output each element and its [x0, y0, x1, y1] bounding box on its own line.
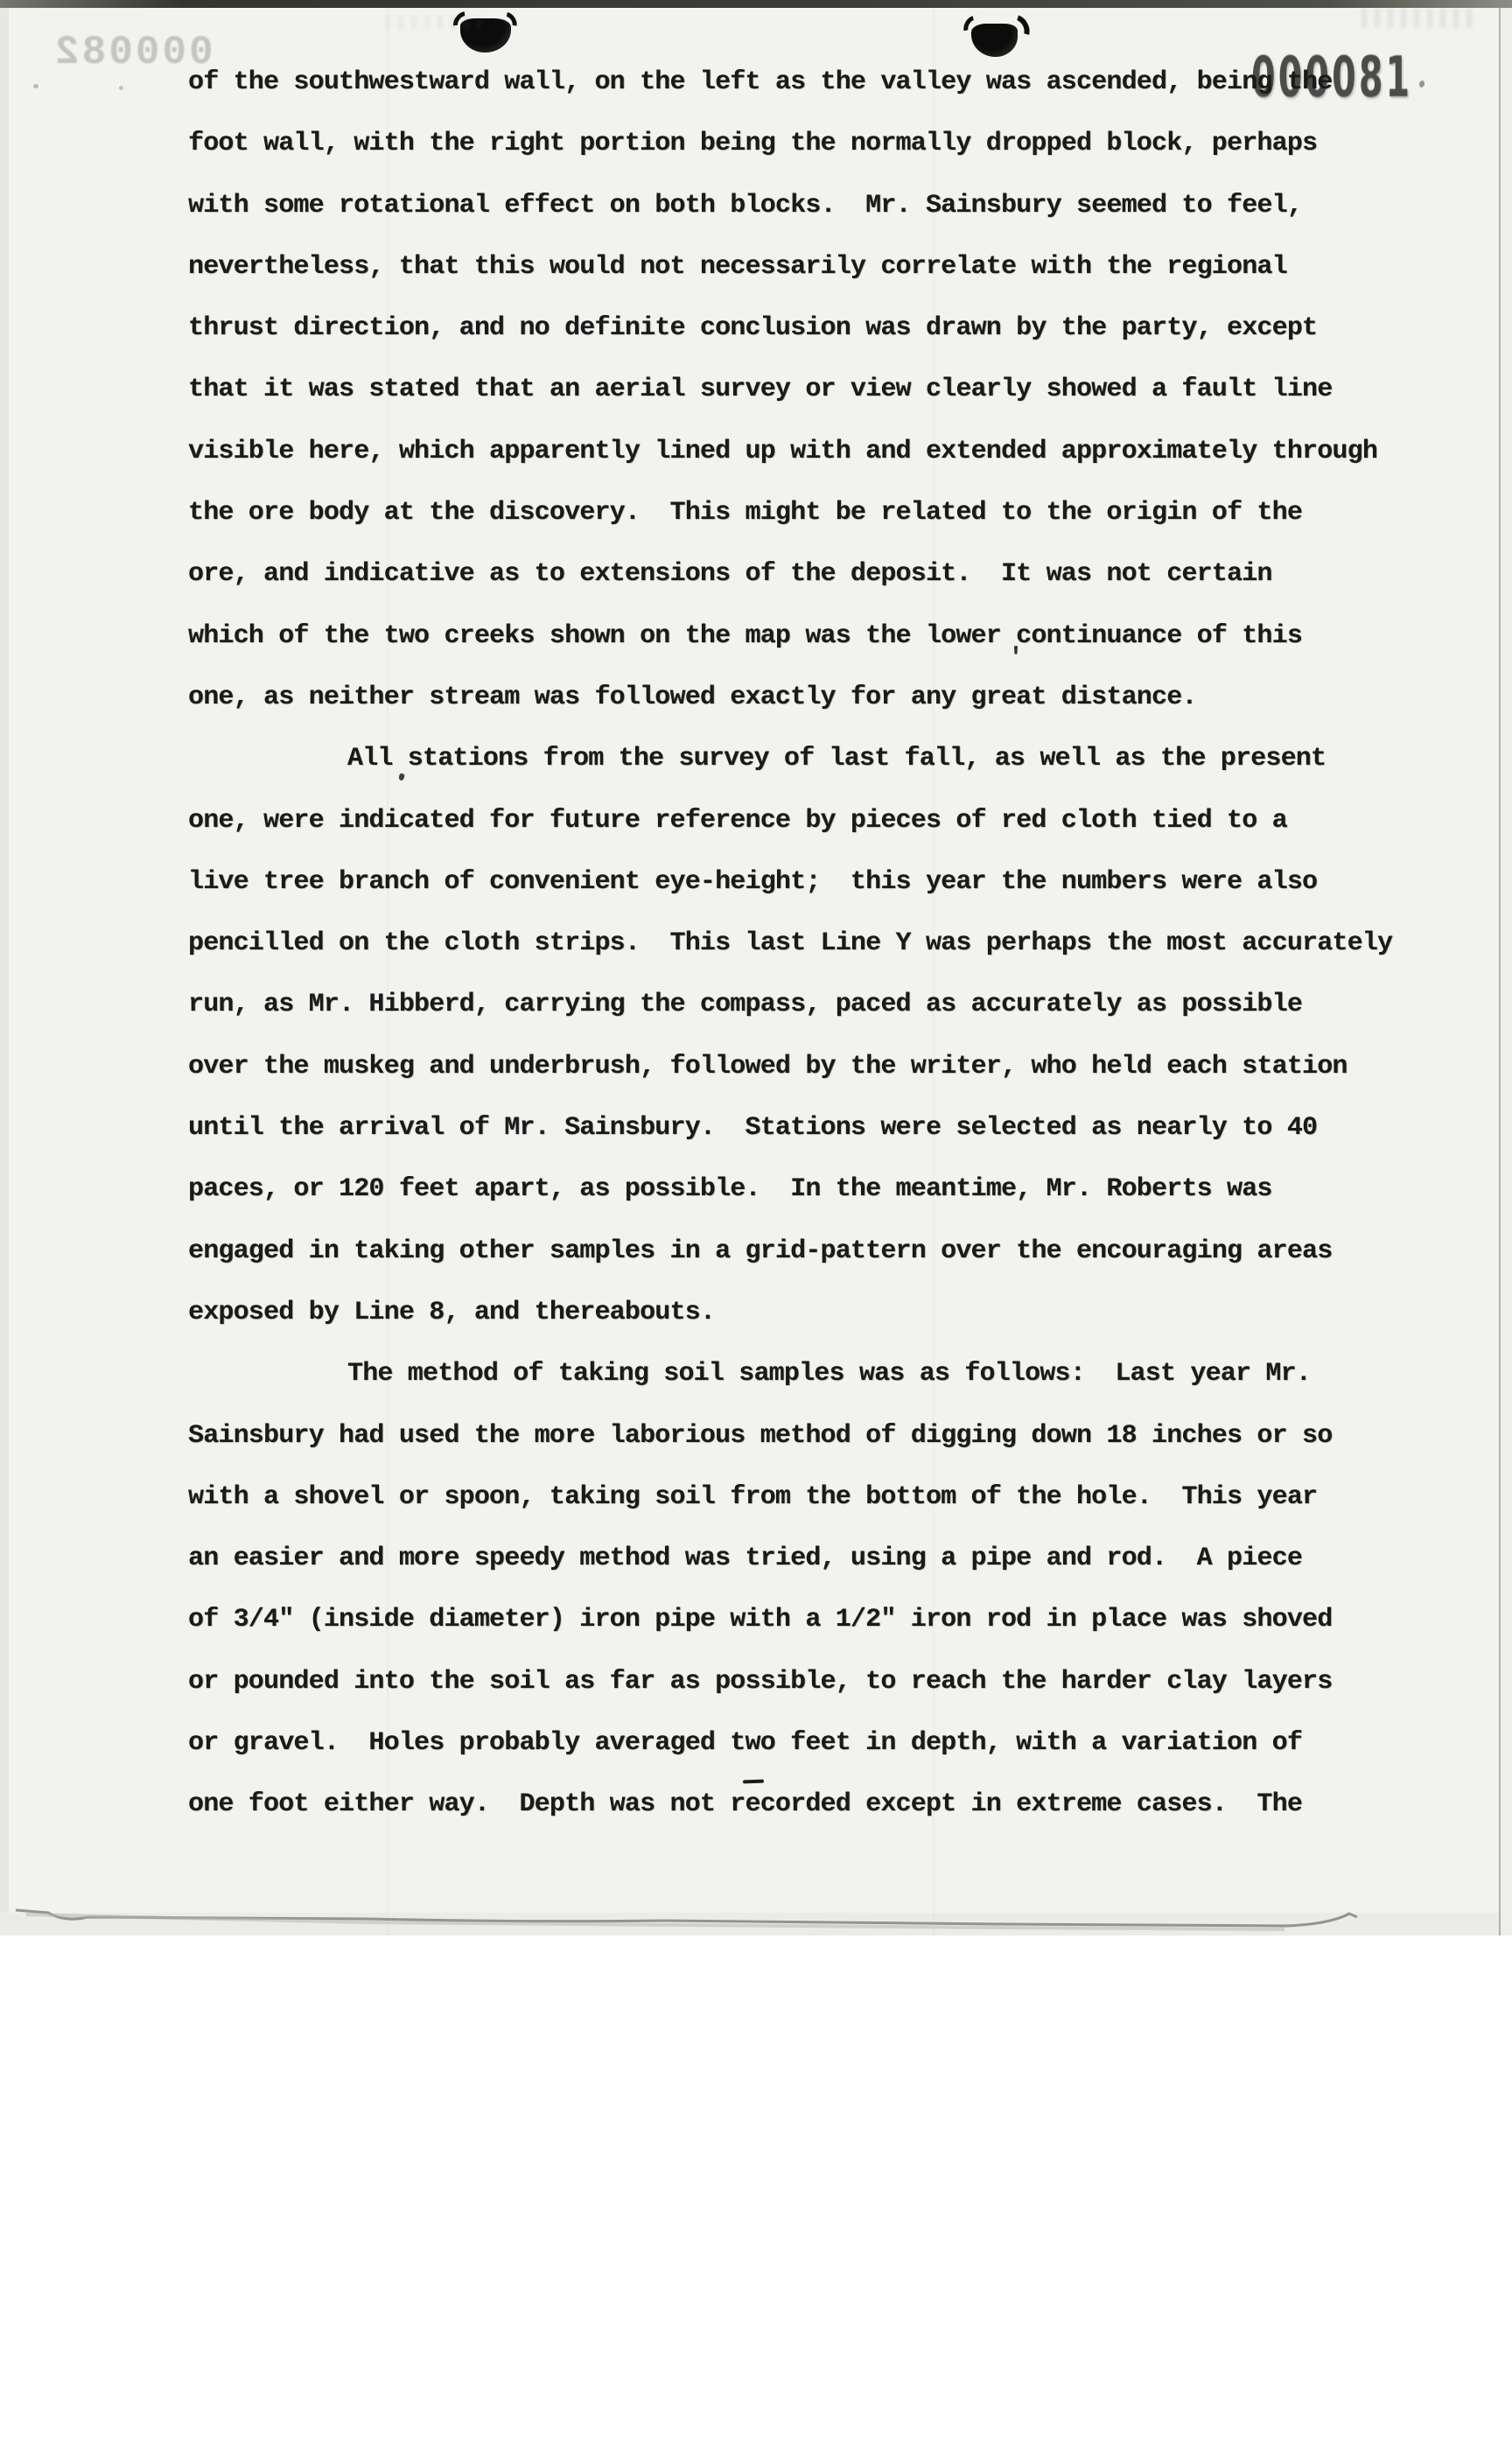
typed-line: that it was stated that an aerial survey… [188, 359, 1392, 420]
speck [1418, 80, 1425, 87]
typed-line: exposed by Line 8, and thereabouts. [188, 1282, 1392, 1343]
speck [119, 86, 123, 90]
typed-line: run, as Mr. Hibberd, carrying the compas… [188, 974, 1392, 1035]
paper-left-edge [0, 8, 9, 1935]
typed-line: pencilled on the cloth strips. This last… [188, 913, 1392, 974]
typed-line: with a shovel or spoon, taking soil from… [188, 1466, 1392, 1528]
paper-bottom-shadow [0, 1913, 1499, 1935]
typed-line: or pounded into the soil as far as possi… [188, 1651, 1392, 1712]
typed-line: of 3/4" (inside diameter) iron pipe with… [188, 1589, 1392, 1650]
typed-line: or gravel. Holes probably averaged two f… [188, 1712, 1392, 1774]
typed-line: thrust direction, and no definite conclu… [188, 297, 1392, 359]
typed-line: live tree branch of convenient eye-heigh… [188, 851, 1392, 913]
typed-line: one, were indicated for future reference… [188, 790, 1392, 851]
typed-line: an easier and more speedy method was tri… [188, 1528, 1392, 1589]
typed-line: one, as neither stream was followed exac… [188, 667, 1392, 728]
speck [33, 84, 38, 88]
typed-text-block: of the southwestward wall, on the left a… [188, 52, 1392, 1836]
typed-line: which of the two creeks shown on the map… [188, 605, 1392, 667]
typed-line: until the arrival of Mr. Sainsbury. Stat… [188, 1097, 1392, 1158]
typed-line: of the southwestward wall, on the left a… [188, 52, 1392, 113]
paper-right-edge [1499, 8, 1512, 1935]
typed-line: with some rotational effect on both bloc… [188, 175, 1392, 236]
paper-sheet: 000082 000081 ' of the southwestward wal… [0, 0, 1512, 1935]
typed-line: visible here, which apparently lined up … [188, 421, 1392, 482]
typed-line: engaged in taking other samples in a gri… [188, 1221, 1392, 1282]
typed-line: over the muskeg and underbrush, followed… [188, 1036, 1392, 1097]
typed-line: All stations from the survey of last fal… [188, 728, 1392, 789]
scanned-document-page: { "document": { "stamp_top_left_mirrored… [0, 0, 1512, 2450]
typed-line: paces, or 120 feet apart, as possible. I… [188, 1158, 1392, 1220]
typed-line: Sainsbury had used the more laborious me… [188, 1405, 1392, 1466]
typed-line: ore, and indicative as to extensions of … [188, 543, 1392, 605]
typed-line: one foot either way. Depth was not recor… [188, 1774, 1392, 1835]
bleed-through-marks [385, 16, 481, 30]
scanner-edge-band [0, 0, 1512, 8]
typed-line: The method of taking soil samples was as… [188, 1343, 1392, 1404]
typed-line: foot wall, with the right portion being … [188, 113, 1392, 174]
typed-line: the ore body at the discovery. This migh… [188, 482, 1392, 543]
bleed-through-marks [1361, 9, 1475, 28]
typed-line: nevertheless, that this would not necess… [188, 236, 1392, 297]
